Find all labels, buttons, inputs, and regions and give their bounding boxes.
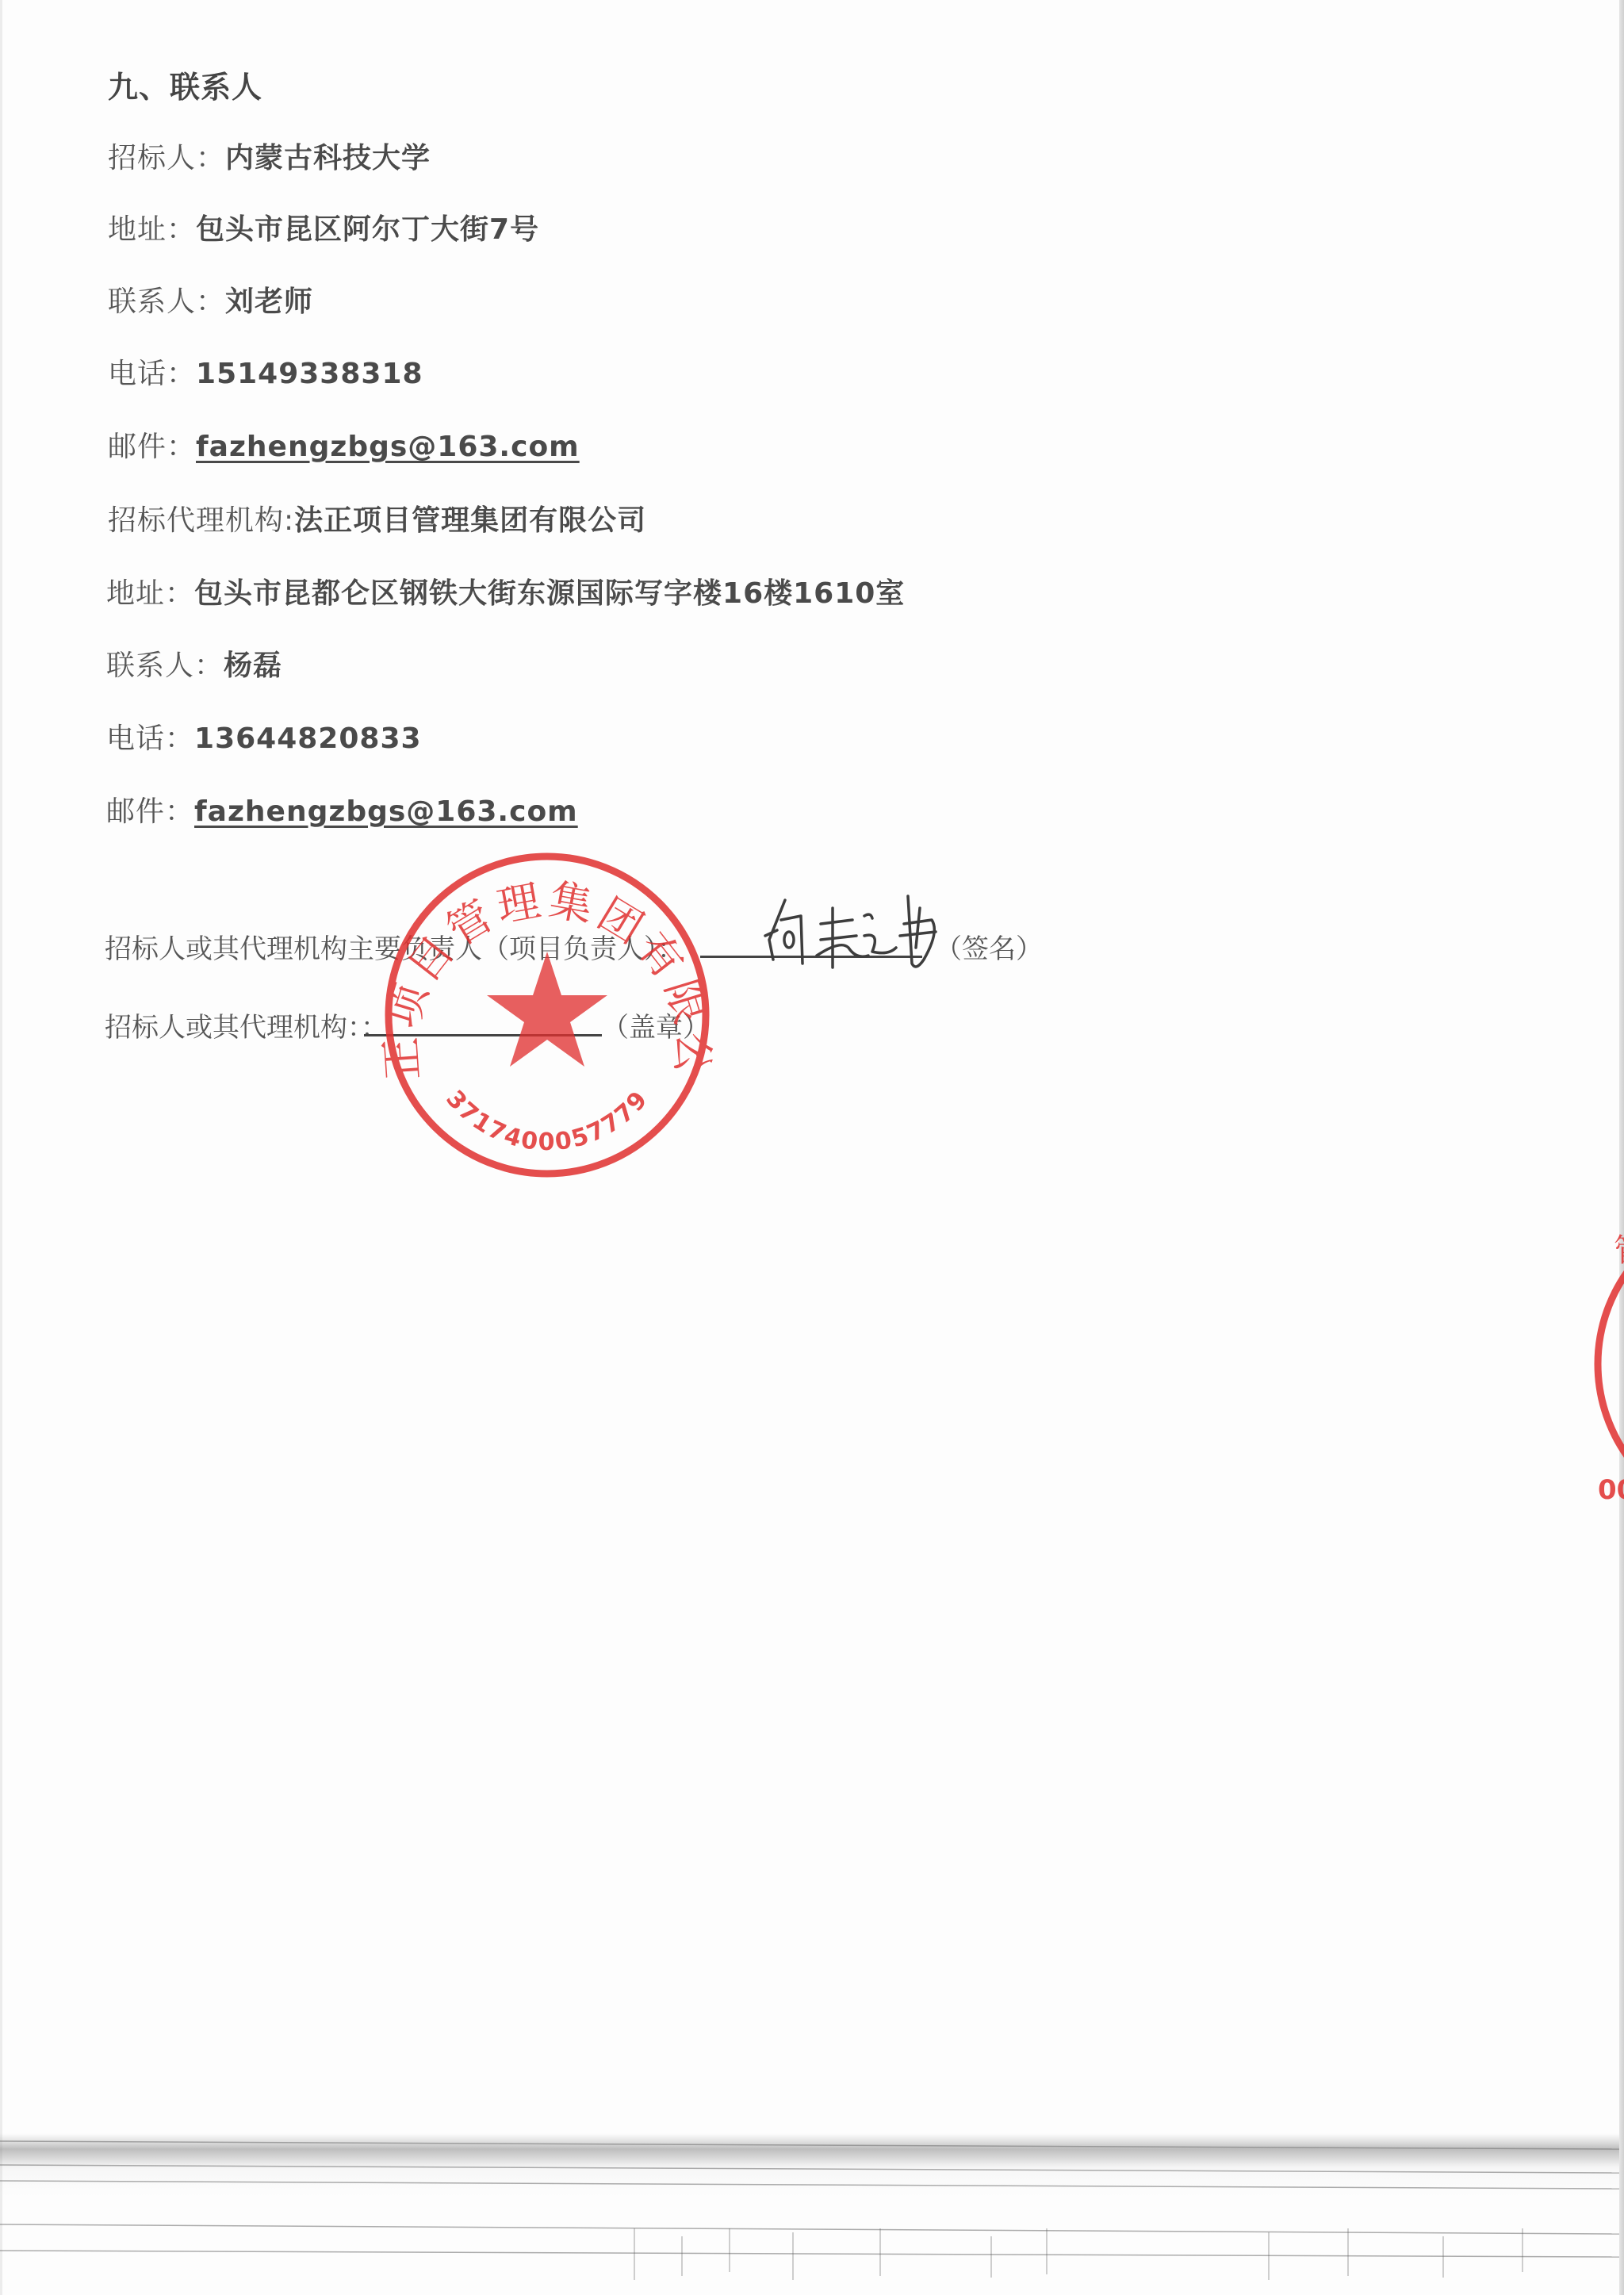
svg-text:00: 00 — [1598, 1474, 1624, 1506]
tenderer-contact-label: 联系人： — [108, 285, 225, 318]
page-edge-right — [1619, 0, 1624, 2295]
org-label: 招标人或其代理机构： — [105, 1012, 361, 1044]
agency-name: 法正项目管理集团有限公司 — [294, 504, 646, 537]
seal-star-icon — [487, 952, 607, 1067]
tenderer-address-label: 地址： — [108, 213, 196, 246]
partial-seal-stamp: 管 00 — [1582, 1190, 1624, 1538]
agency-address-label: 地址： — [106, 577, 194, 610]
tenderer-phone-row: 电话：15149338318 — [108, 355, 423, 393]
tenderer-name-row: 招标人：内蒙古科技大学 — [108, 140, 431, 178]
svg-text:管: 管 — [1614, 1232, 1624, 1269]
agency-email-link[interactable]: fazhengzbgs@163.com — [194, 795, 578, 828]
tenderer-email-row: 邮件：fazhengzbgs@163.com — [108, 428, 580, 466]
page-edge-left — [0, 0, 2, 2295]
tenderer-contact-row: 联系人：刘老师 — [108, 283, 313, 321]
agency-name-label: 招标代理机构: — [108, 504, 294, 537]
tenderer-name-label: 招标人： — [108, 142, 225, 174]
agency-contact-label: 联系人： — [106, 649, 224, 682]
agency-email-row: 邮件：fazhengzbgs@163.com — [106, 793, 578, 831]
tenderer-phone-label: 电话： — [108, 358, 196, 390]
tenderer-email-link[interactable]: fazhengzbgs@163.com — [196, 431, 580, 463]
tenderer-name: 内蒙古科技大学 — [225, 142, 431, 174]
svg-text:3717400057779: 3717400057779 — [440, 1085, 653, 1156]
section-heading: 九、联系人 — [108, 68, 262, 106]
agency-contact-row: 联系人：杨磊 — [106, 647, 282, 685]
agency-phone-row: 电话：13644820833 — [106, 720, 422, 758]
agency-address-row: 地址：包头市昆都仑区钢铁大街东源国际写字楼16楼1610室 — [106, 575, 905, 613]
agency-phone: 13644820833 — [194, 722, 422, 755]
agency-name-row: 招标代理机构:法正项目管理集团有限公司 — [108, 502, 646, 540]
agency-email-label: 邮件： — [106, 795, 194, 828]
handwritten-signature: 向建涛 — [753, 892, 959, 979]
seal-code: 3717400057779 — [440, 1085, 653, 1156]
tenderer-contact: 刘老师 — [225, 285, 313, 318]
tenderer-phone: 15149338318 — [196, 358, 423, 390]
agency-contact: 杨磊 — [224, 649, 282, 682]
tenderer-address: 包头市昆区阿尔丁大街7号 — [196, 213, 539, 246]
tenderer-address-row: 地址：包头市昆区阿尔丁大街7号 — [108, 211, 539, 249]
agency-address: 包头市昆都仑区钢铁大街东源国际写字楼16楼1610室 — [194, 577, 905, 610]
scan-noise-band — [0, 2109, 1619, 2284]
agency-phone-label: 电话： — [106, 722, 194, 755]
company-seal-stamp: 法正项目管理集团有限公司 3717400057779 — [373, 841, 722, 1190]
tenderer-email-label: 邮件： — [108, 431, 196, 463]
